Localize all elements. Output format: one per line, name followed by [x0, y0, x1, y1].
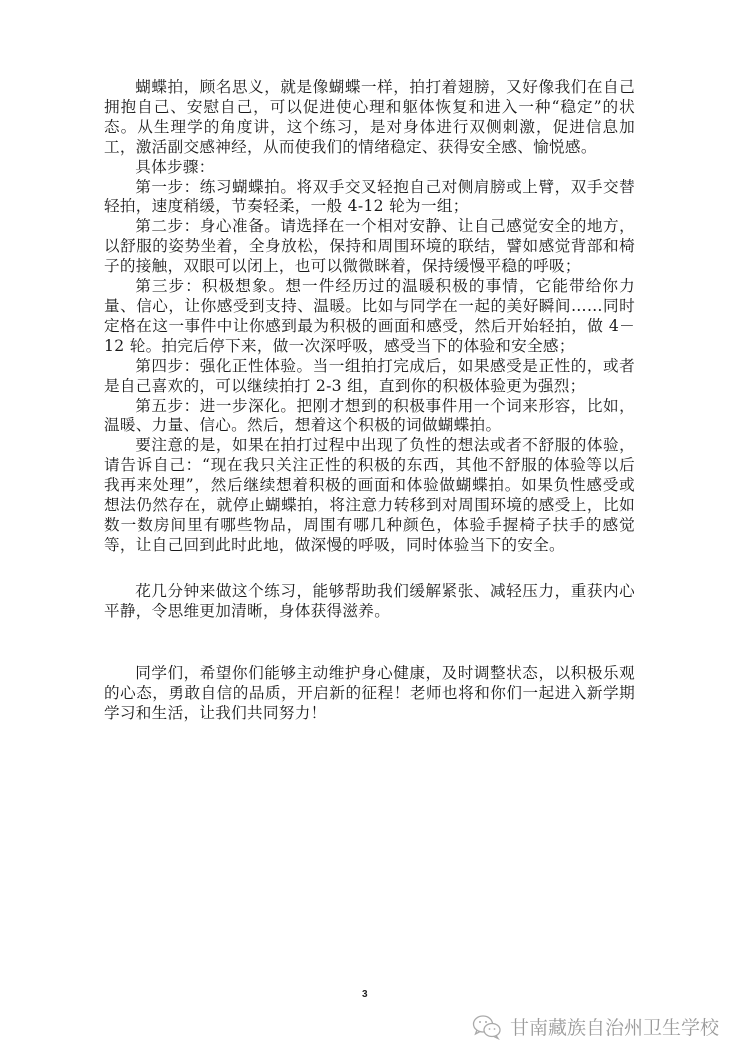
paragraph-closing: 同学们，希望你们能够主动维护身心健康，及时调整状态，以积极乐观的心态，勇敢自信的… [104, 664, 635, 724]
watermark: 甘南藏族自治州卫生学校 [472, 1013, 719, 1040]
wechat-icon [472, 1014, 502, 1040]
paragraph-step-3: 第三步：积极想象。想一件经历过的温暖积极的事情，它能带给你力量、信心，让你感受到… [104, 277, 635, 357]
paragraph-step-1: 第一步：练习蝴蝶拍。将双手交叉轻抱自己对侧肩膀或上臂，双手交替轻拍，速度稍缓，节… [104, 178, 635, 218]
paragraph-step-2: 第二步：身心准备。请选择在一个相对安静、让自己感觉安全的地方，以舒服的姿势坐着，… [104, 217, 635, 277]
main-text-block: 蝴蝶拍，顾名思义，就是像蝴蝶一样，拍打着翅膀，又好像我们在自己拥抱自己、安慰自己… [104, 78, 635, 556]
paragraph-steps-heading: 具体步骤： [104, 158, 635, 178]
summary-text-block: 花几分钟来做这个练习，能够帮助我们缓解紧张、减轻压力，重获内心平静，令思维更加清… [104, 582, 635, 622]
paragraph-summary: 花几分钟来做这个练习，能够帮助我们缓解紧张、减轻压力，重获内心平静，令思维更加清… [104, 582, 635, 622]
page-number: 3 [362, 989, 368, 1000]
paragraph-step-5: 第五步：进一步深化。把刚才想到的积极事件用一个词来形容，比如，温暖、力量、信心。… [104, 397, 635, 437]
paragraph-step-4: 第四步：强化正性体验。当一组拍打完成后，如果感受是正性的，或者是自己喜欢的，可以… [104, 357, 635, 397]
watermark-text: 甘南藏族自治州卫生学校 [510, 1013, 719, 1040]
paragraph-intro: 蝴蝶拍，顾名思义，就是像蝴蝶一样，拍打着翅膀，又好像我们在自己拥抱自己、安慰自己… [104, 78, 635, 158]
paragraph-caution: 要注意的是，如果在拍打过程中出现了负性的想法或者不舒服的体验，请告诉自己：“现在… [104, 436, 635, 555]
closing-text-block: 同学们，希望你们能够主动维护身心健康，及时调整状态，以积极乐观的心态，勇敢自信的… [104, 664, 635, 724]
document-page: 蝴蝶拍，顾名思义，就是像蝴蝶一样，拍打着翅膀，又好像我们在自己拥抱自己、安慰自己… [0, 0, 731, 1061]
